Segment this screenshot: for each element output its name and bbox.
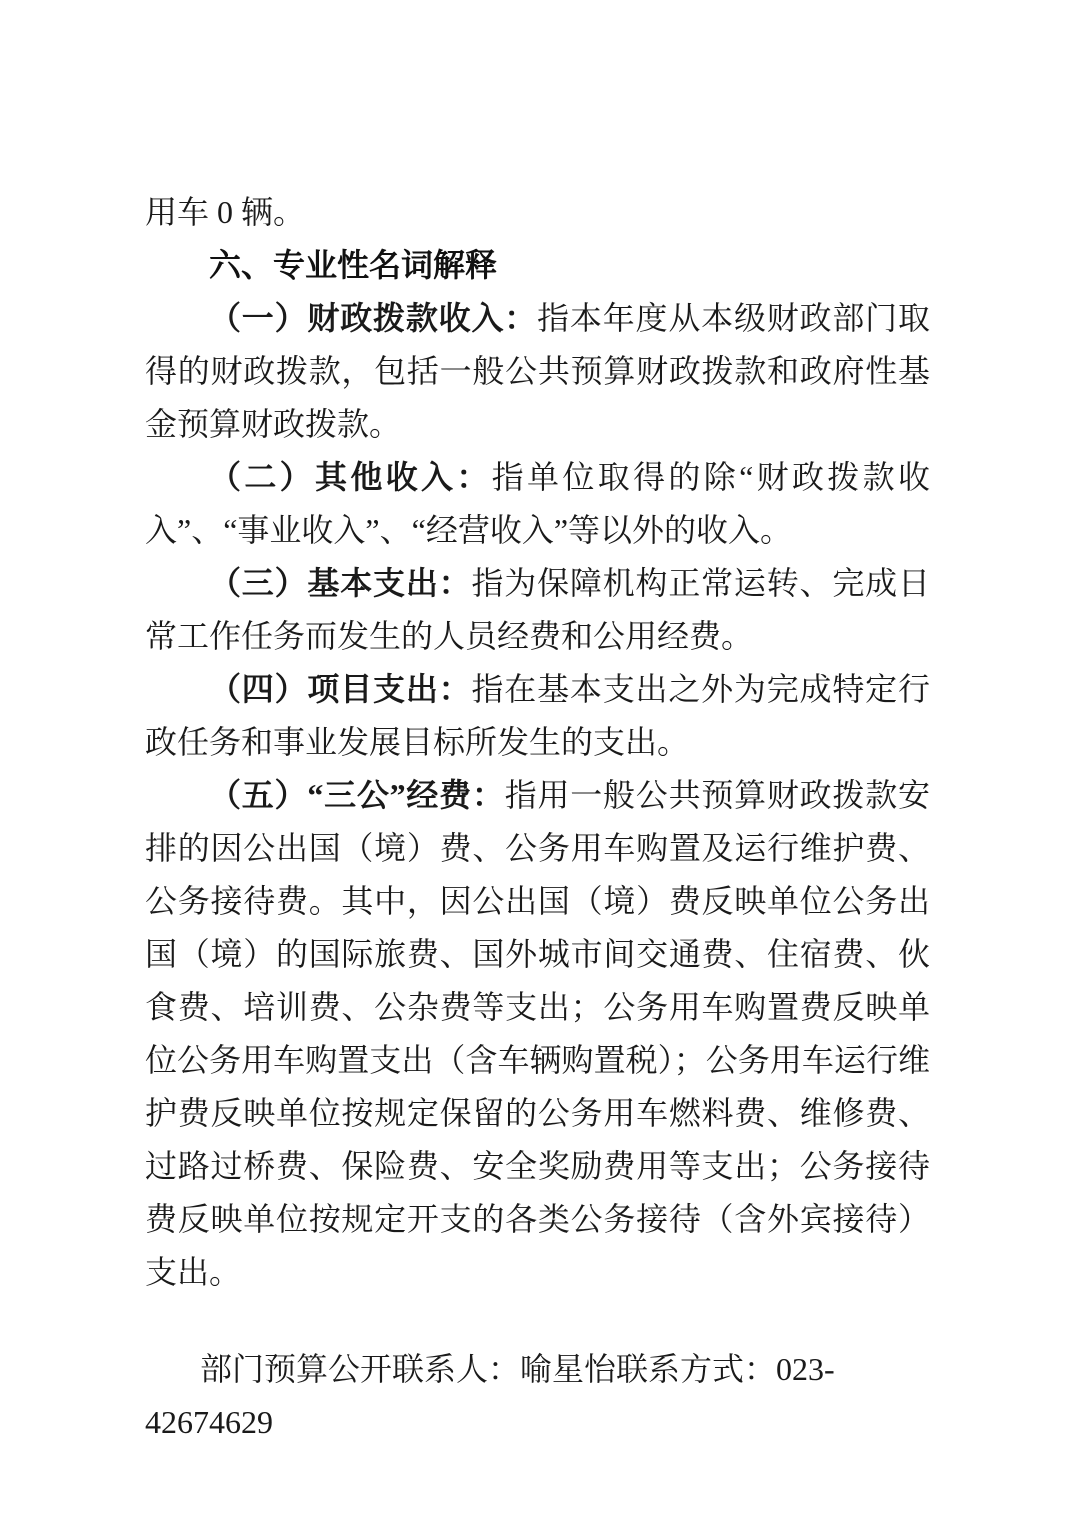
term-label: （二）其他收入： (209, 459, 492, 495)
paragraph-continuation: 用车 0 辆。 (145, 186, 930, 239)
term-label: （一）财政拨款收入： (209, 300, 537, 336)
term-paragraph-other-income: （二）其他收入：指单位取得的除“财政拨款收入”、“事业收入”、“经营收入”等以外… (145, 451, 930, 557)
section-heading-text: 六、专业性名词解释 (209, 247, 497, 283)
term-label: （五）“三公”经费： (209, 777, 505, 813)
contact-line: 部门预算公开联系人：喻星怡联系方式：023-42674629 (145, 1343, 930, 1449)
term-paragraph-project-expenditure: （四）项目支出：指在基本支出之外为完成特定行政任务和事业发展目标所发生的支出。 (145, 663, 930, 769)
term-paragraph-three-public-funds: （五）“三公”经费：指用一般公共预算财政拨款安排的因公出国（境）费、公务用车购置… (145, 769, 930, 1299)
term-definition: 指用一般公共预算财政拨款安排的因公出国（境）费、公务用车购置及运行维护费、公务接… (145, 777, 930, 1290)
section-heading: 六、专业性名词解释 (145, 239, 930, 292)
term-paragraph-fiscal-appropriation-income: （一）财政拨款收入：指本年度从本级财政部门取得的财政拨款，包括一般公共预算财政拨… (145, 292, 930, 451)
term-label: （三）基本支出： (209, 565, 471, 601)
contact-text: 部门预算公开联系人：喻星怡联系方式：023-42674629 (145, 1351, 835, 1440)
continuation-text: 用车 0 辆。 (145, 194, 305, 230)
term-paragraph-basic-expenditure: （三）基本支出：指为保障机构正常运转、完成日常工作任务而发生的人员经费和公用经费… (145, 557, 930, 663)
document-page: 用车 0 辆。 六、专业性名词解释 （一）财政拨款收入：指本年度从本级财政部门取… (0, 0, 1074, 1520)
term-label: （四）项目支出： (209, 671, 471, 707)
